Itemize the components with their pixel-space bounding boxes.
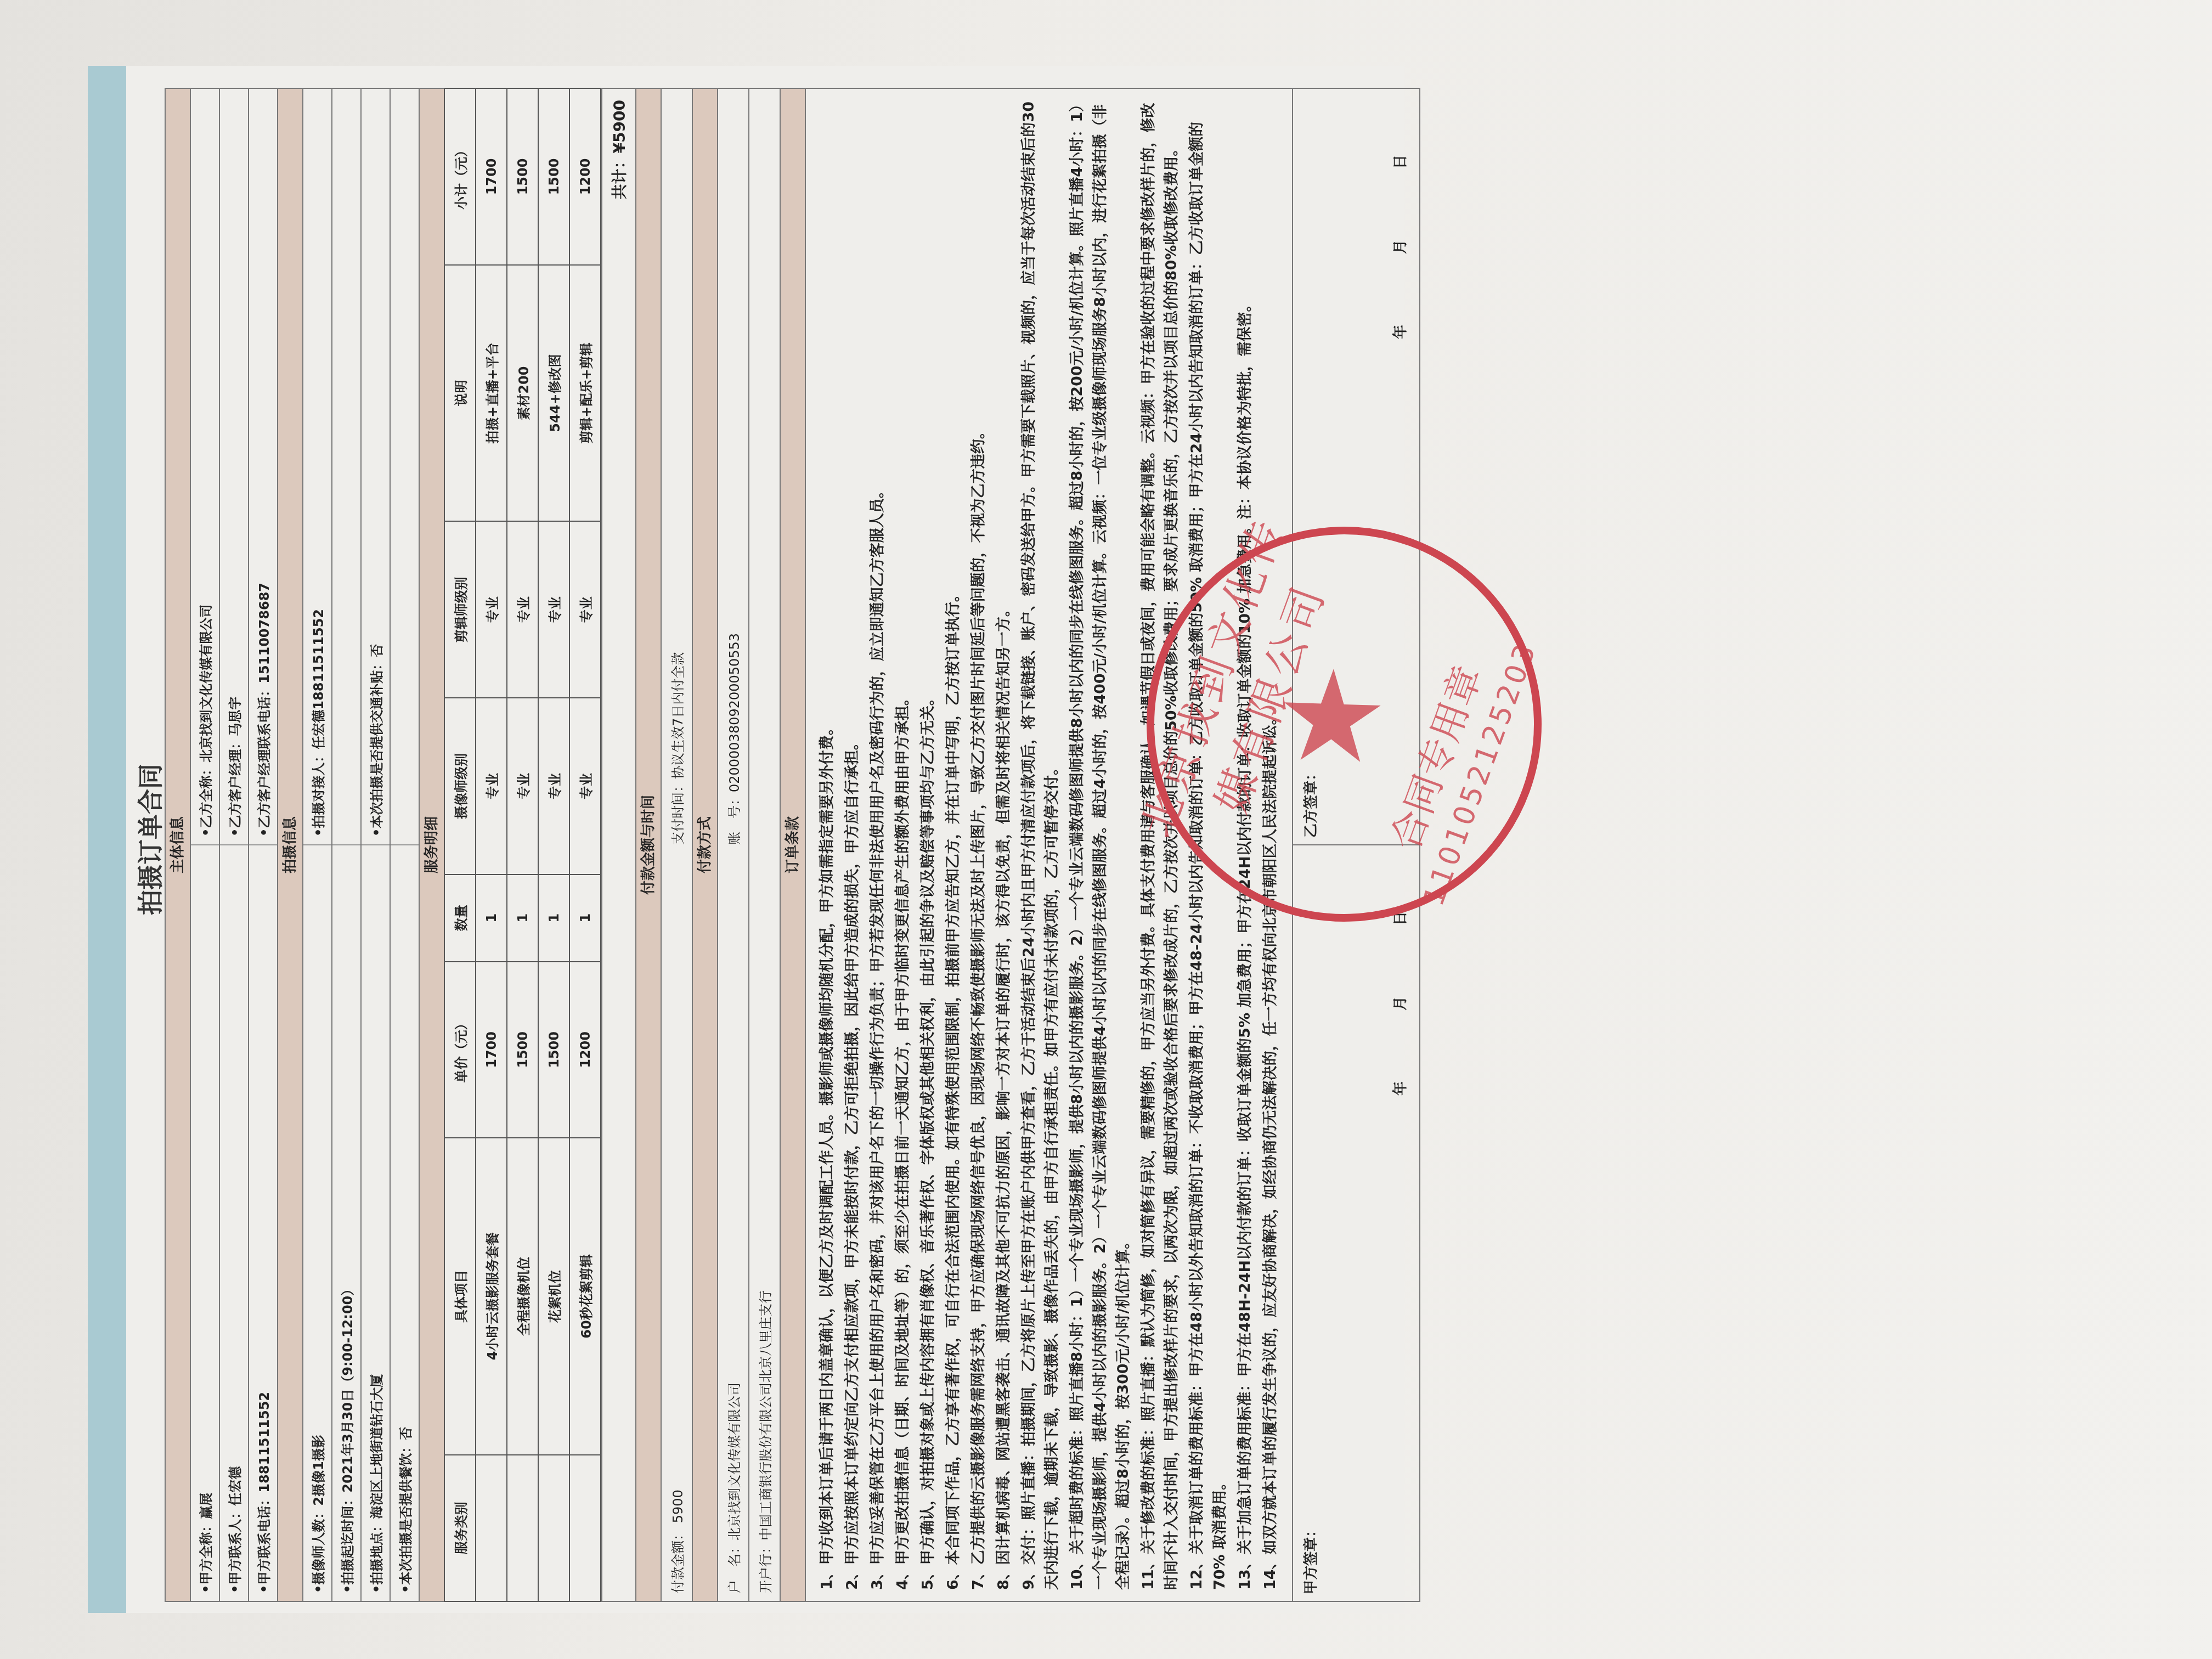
clause: 6、本合同项下作品，乙方享有著作权，可自行在合法范围内使用。如有特殊使用范围限制… [942, 100, 965, 1590]
clause: 4、甲方更改拍摄信息（日期、时间及地址等）的，须至少在拍摄日前一天通知乙方，由于… [891, 100, 915, 1590]
label: •拍摄地点： [369, 1519, 385, 1593]
account-number: 0200003809200050553 [727, 633, 742, 792]
meal-provided: 否 [398, 1427, 414, 1440]
table-cell: 1500 [538, 962, 569, 1138]
document-title: 拍摄订单合同 [131, 66, 167, 1613]
column-header: 小计（元） [444, 88, 476, 265]
label: 开户行： [758, 1541, 774, 1593]
label: •甲方全称： [199, 1519, 214, 1593]
table-cell [476, 1455, 507, 1601]
clause: 3、甲方应妥善保管在乙方平台上使用的用户名和密码，并对该用户名下的一切操作行为负… [866, 100, 889, 1590]
table-row: 60秒花絮剪辑12001专业专业剪辑+配乐+剪辑1200 [569, 88, 601, 1601]
account-name: 北京找到文化传媒有限公司 [727, 1383, 742, 1541]
column-header: 服务类别 [444, 1455, 476, 1601]
column-header: 剪辑师级别 [444, 521, 476, 698]
table-cell: 专业 [476, 698, 507, 874]
table-cell: 专业 [507, 521, 538, 698]
section-shoot: 拍摄信息 [277, 88, 302, 1602]
table-cell: 1 [507, 874, 538, 962]
table-cell: 1700 [476, 962, 507, 1138]
shoot-row-2: •拍摄起讫时间：2021年3月30日（9:00-12:00） [331, 88, 360, 1602]
table-row: 全程摄像机位15001专业专业素材2001500 [507, 88, 538, 1601]
clause: 9、交付：照片直播：拍摄期间，乙方将原片上传至甲方在账户内供甲方查看，乙方于活动… [1018, 100, 1064, 1590]
table-cell: 剪辑+配乐+剪辑 [569, 265, 601, 521]
table-cell: 1500 [507, 88, 538, 265]
shoot-contact: 任宏德18811511552 [311, 609, 326, 749]
payment-time: 协议生效7日内付全款 [670, 652, 686, 779]
table-cell [538, 1455, 569, 1601]
table-cell [507, 1455, 538, 1601]
party-b-manager-phone: 15110078687 [257, 583, 272, 684]
clause: 7、乙方提供的云摄影像服务需网络支持，甲方应确保现场网络信号优良，因现场网络不畅… [967, 100, 990, 1590]
column-header: 单价（元） [444, 962, 476, 1138]
party-a-name: 赢展 [199, 1493, 214, 1519]
clause: 8、因计算机病毒、网站遭黑客袭击、通讯故障及其他不可抗力的原因，影响一方对本订单… [992, 100, 1015, 1590]
table-cell: 1700 [476, 88, 507, 265]
party-b-manager: 马思宇 [228, 697, 243, 736]
total-label: 共计： [611, 153, 629, 199]
table-cell: 1200 [569, 88, 601, 265]
section-terms: 订单条款 [780, 88, 805, 1602]
total-amount: ¥5900 [611, 100, 629, 153]
payment-amount-row: 付款金额： 5900 支付时间：协议生效7日内付全款 [661, 88, 692, 1602]
clause: 5、甲方确认，对拍摄对象或上传内容拥有肖像权、音乐著作权、字体版权或其他相关权利… [917, 100, 940, 1590]
table-cell: 1 [569, 874, 601, 962]
total-row: 共计：¥5900 [601, 88, 635, 1602]
table-cell: 60秒花絮剪辑 [569, 1138, 601, 1454]
label: 付款金额： [670, 1527, 686, 1593]
payment-amount: 5900 [670, 1489, 686, 1523]
label: 账 号： [727, 792, 742, 845]
table-cell: 1 [476, 874, 507, 962]
shoot-row-4: •本次拍摄是否提供餐饮：否 [390, 88, 419, 1602]
label: •拍摄起讫时间： [340, 1493, 356, 1593]
table-cell: 专业 [507, 698, 538, 874]
header-accent-bar [88, 66, 126, 1613]
party-a-phone: 18811511552 [257, 1392, 272, 1493]
column-header: 摄像师级别 [444, 698, 476, 874]
service-table: 服务类别具体项目单价（元）数量摄像师级别剪辑师级别说明小计（元） 4小时云摄影服… [444, 88, 601, 1602]
label: •乙方客户经理： [228, 736, 243, 837]
bank-row: 开户行：中国工商银行股份有限公司北京八里庄支行 [748, 88, 780, 1602]
table-cell: 1500 [507, 962, 538, 1138]
table-cell: 专业 [538, 521, 569, 698]
label: •乙方客户经理联系电话： [257, 684, 272, 837]
photographer-count: 2摄像1摄影 [311, 1435, 326, 1505]
star-icon: ★ [1251, 644, 1409, 793]
label: •甲方联系人： [228, 1506, 243, 1593]
shoot-location: 海淀区上地街道钻石大厦 [369, 1374, 385, 1519]
label: •本次拍摄是否提供餐饮： [398, 1440, 414, 1593]
table-cell: 素材200 [507, 265, 538, 521]
label: 支付时间： [670, 779, 686, 845]
table-row: 花絮机位15001专业专业544+修改图1500 [538, 88, 569, 1601]
party-row-1: •甲方全称：赢展 •乙方全称：北京找到文化传媒有限公司 [190, 88, 219, 1602]
shoot-row-3: •拍摄地点：海淀区上地街道钻石大厦 •本次拍摄是否提供交通补贴：否 [360, 88, 390, 1602]
label: •乙方全称： [199, 763, 214, 837]
account-row: 户 名：北京找到文化传媒有限公司 账 号：0200003809200050553 [717, 88, 748, 1602]
party-a-contact: 任宏德 [228, 1466, 243, 1506]
section-parties: 主体信息 [165, 88, 190, 1602]
column-header: 数量 [444, 874, 476, 962]
label: •本次拍摄是否提供交通补贴： [369, 657, 385, 837]
party-b-name: 北京找到文化传媒有限公司 [199, 605, 214, 763]
table-cell: 拍摄+直播+平台 [476, 265, 507, 521]
table-cell: 专业 [569, 698, 601, 874]
party-a-signature: 甲方签章：年 月 日 [1293, 844, 1419, 1601]
clause: 1、甲方收到本订单后请于两日内盖章确认，以便乙方及时调配工作人员。摄影师或摄像师… [816, 100, 839, 1590]
clause: 2、甲方应按照本订单约定向乙方支付相应款项，甲方未能按时付款，乙方可拒绝拍摄，因… [841, 100, 864, 1590]
label: 户 名： [727, 1541, 742, 1593]
table-cell: 4小时云摄影服务套餐 [476, 1138, 507, 1454]
party-row-2: •甲方联系人：任宏德 •乙方客户经理：马思宇 [219, 88, 248, 1602]
column-header: 具体项目 [444, 1138, 476, 1454]
table-cell: 花絮机位 [538, 1138, 569, 1454]
table-cell: 全程摄像机位 [507, 1138, 538, 1454]
section-service: 服务明细 [419, 88, 444, 1602]
bank-name: 中国工商银行股份有限公司北京八里庄支行 [758, 1290, 774, 1541]
section-payment-method: 付款方式 [692, 88, 717, 1602]
party-row-3: •甲方联系电话：18811511552 •乙方客户经理联系电话：15110078… [248, 88, 277, 1602]
shoot-time: 2021年3月30日（9:00-12:00） [340, 1283, 356, 1493]
section-payment-time: 付款金额与时间 [635, 88, 661, 1602]
shoot-row-1: •摄像师人数：2摄像1摄影 •拍摄对接人：任宏德18811511552 [302, 88, 331, 1602]
date-placeholder: 年 月 日 [1389, 122, 1409, 339]
table-row: 4小时云摄影服务套餐17001专业专业拍摄+直播+平台1700 [476, 88, 507, 1601]
table-cell: 544+修改图 [538, 265, 569, 521]
table-cell: 1 [538, 874, 569, 962]
table-cell: 专业 [476, 521, 507, 698]
label: •摄像师人数： [311, 1506, 326, 1593]
table-cell: 专业 [569, 521, 601, 698]
transport-allowance: 否 [369, 644, 385, 657]
table-cell: 专业 [538, 698, 569, 874]
label: 甲方签章： [1303, 1523, 1319, 1594]
column-header: 说明 [444, 265, 476, 521]
label: •拍摄对接人： [311, 749, 326, 837]
table-cell [569, 1455, 601, 1601]
table-cell: 1500 [538, 88, 569, 265]
table-cell: 1200 [569, 962, 601, 1138]
label: •甲方联系电话： [257, 1493, 272, 1593]
